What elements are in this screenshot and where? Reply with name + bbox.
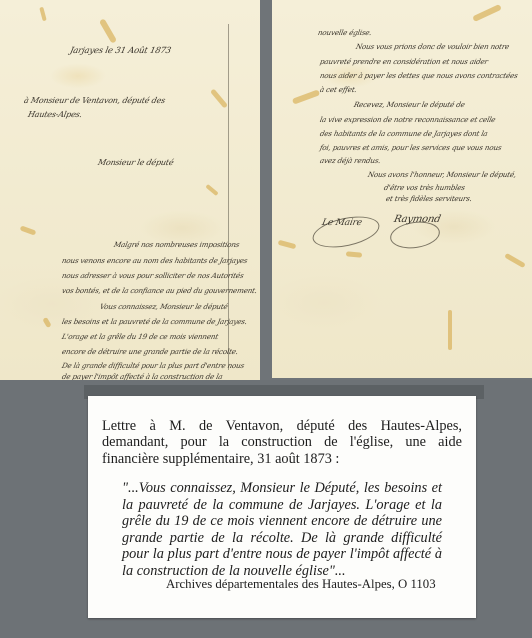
paper-fiber [210,88,228,108]
letter-line: nouvelle église. [317,28,372,37]
caption-card: Lettre à M. de Ventavon, député des Haut… [88,396,476,618]
letter-date: Jarjayes le 31 Août 1873 [69,46,172,56]
paper-fiber [472,4,502,22]
letter-address-line: Hautes-Alpes. [27,110,83,119]
letter-line: De là grande difficulté pour la plus par… [61,361,245,370]
letter-line: d'être vos très humbles [383,183,466,192]
letter-line: Nous vous prions donc de vouloir bien no… [355,42,510,51]
letter-line: de payer l'impôt affecté à la constructi… [61,372,223,380]
letter-line: nous aider à payer les dettes que nous a… [319,71,519,80]
paper-fiber [346,251,362,257]
paper-fiber [42,317,51,328]
paper-fiber [292,89,320,104]
letter-line: Recevez, Monsieur le député de [353,100,466,109]
letter-line: L'orage et la grêle du 19 de ce mois vie… [61,332,219,341]
letter-line: Nous avons l'honneur, Monsieur le député… [367,170,517,179]
paper-fiber [504,253,526,268]
letter-line: pauvreté prendre en considération et nou… [319,57,489,66]
caption-source: Archives départementales des Hautes-Alpe… [166,577,436,592]
letter-line: foi, pauvres et amis, pour les services … [319,143,502,152]
paper-fiber [99,18,117,44]
letter-salutation: Monsieur le député [97,158,174,167]
paper-fiber [205,184,218,196]
caption-quote: "...Vous connaissez, Monsieur le Député,… [122,480,442,580]
paper-fiber [20,225,37,235]
signature-mayor: Le Maire [321,218,363,228]
letter-line: nous venons encore au nom des habitants … [61,256,248,265]
letter-page-right: nouvelle église. Nous vous prions donc d… [272,0,532,378]
letter-line: des habitants de la commune de Jarjayes … [319,129,488,138]
letter-line: et très fidèles serviteurs. [385,194,473,203]
signature-raymond: Raymond [393,214,442,225]
paper-fiber [448,310,452,350]
letter-line: nous adresser à vous pour solliciter de … [61,271,244,280]
letter-page-left: Jarjayes le 31 Août 1873 à Monsieur de V… [0,0,260,380]
letter-line: Malgré nos nombreuses impositions [113,240,240,249]
letter-line: Vous connaissez, Monsieur le député [99,302,229,311]
letter-line: avez déjà rendus. [319,156,381,165]
letter-line: la vive expression de notre reconnaissan… [319,115,496,124]
paper-fiber [39,7,46,22]
letter-line: à cet effet. [319,85,358,94]
letter-line: encore de détruire une grande partie de … [61,347,239,356]
letter-address-line: à Monsieur de Ventavon, député des [23,96,166,105]
letter-line: vos bontés, et de la confiance au pied d… [61,286,258,295]
paper-fiber [278,240,297,249]
letter-line: les besoins et la pauvreté de la commune… [61,317,248,326]
caption-intro: Lettre à M. de Ventavon, député des Haut… [102,418,462,467]
